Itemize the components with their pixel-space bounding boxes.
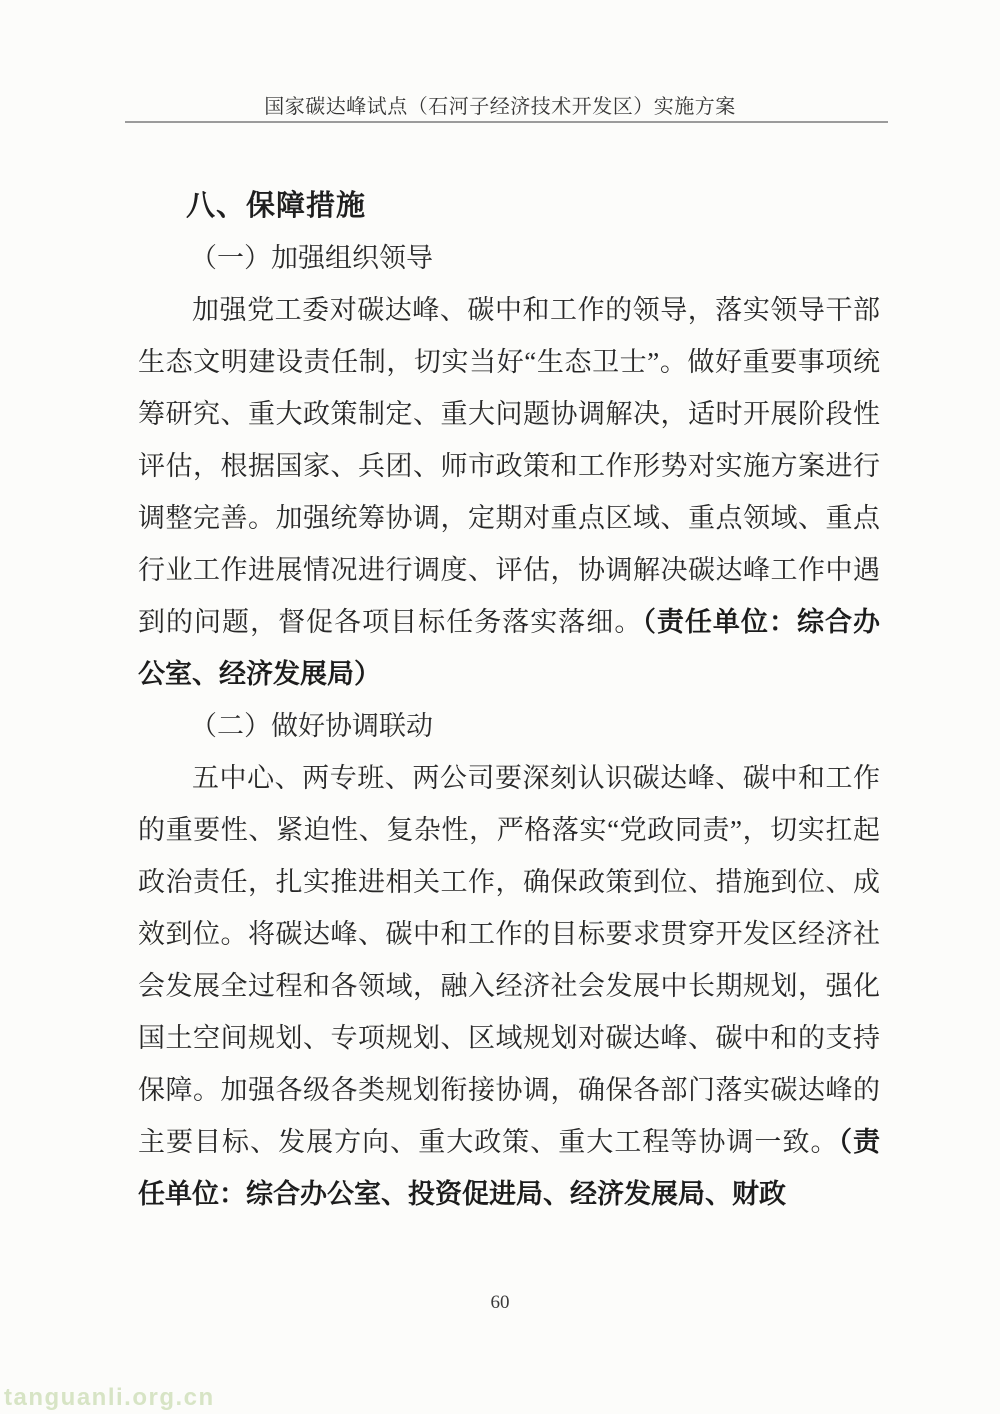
subsection-1-paragraph: 加强党工委对碳达峰、碳中和工作的领导，落实领导干部生态文明建设责任制，切实当好“…	[138, 284, 880, 700]
header-divider-rule	[125, 121, 888, 123]
page-number: 60	[0, 1292, 1000, 1314]
subsection-2-paragraph: 五中心、两专班、两公司要深刻认识碳达峰、碳中和工作的重要性、紧迫性、复杂性，严格…	[138, 752, 880, 1220]
watermark-text: tanguanli.org.cn	[4, 1384, 215, 1412]
subsection-1-body-text: 加强党工委对碳达峰、碳中和工作的领导，落实领导干部生态文明建设责任制，切实当好“…	[138, 295, 880, 637]
document-page: 国家碳达峰试点（石河子经济技术开发区）实施方案 八、保障措施 （一）加强组织领导…	[0, 0, 1000, 1414]
page-header-title: 国家碳达峰试点（石河子经济技术开发区）实施方案	[0, 90, 1000, 119]
subsection-2-title: （二）做好协调联动	[138, 700, 880, 752]
document-body: 八、保障措施 （一）加强组织领导 加强党工委对碳达峰、碳中和工作的领导，落实领导…	[138, 180, 880, 1220]
section-title: 八、保障措施	[138, 180, 880, 232]
subsection-1-title: （一）加强组织领导	[138, 232, 880, 284]
subsection-2-body-text: 五中心、两专班、两公司要深刻认识碳达峰、碳中和工作的重要性、紧迫性、复杂性，严格…	[138, 763, 880, 1157]
